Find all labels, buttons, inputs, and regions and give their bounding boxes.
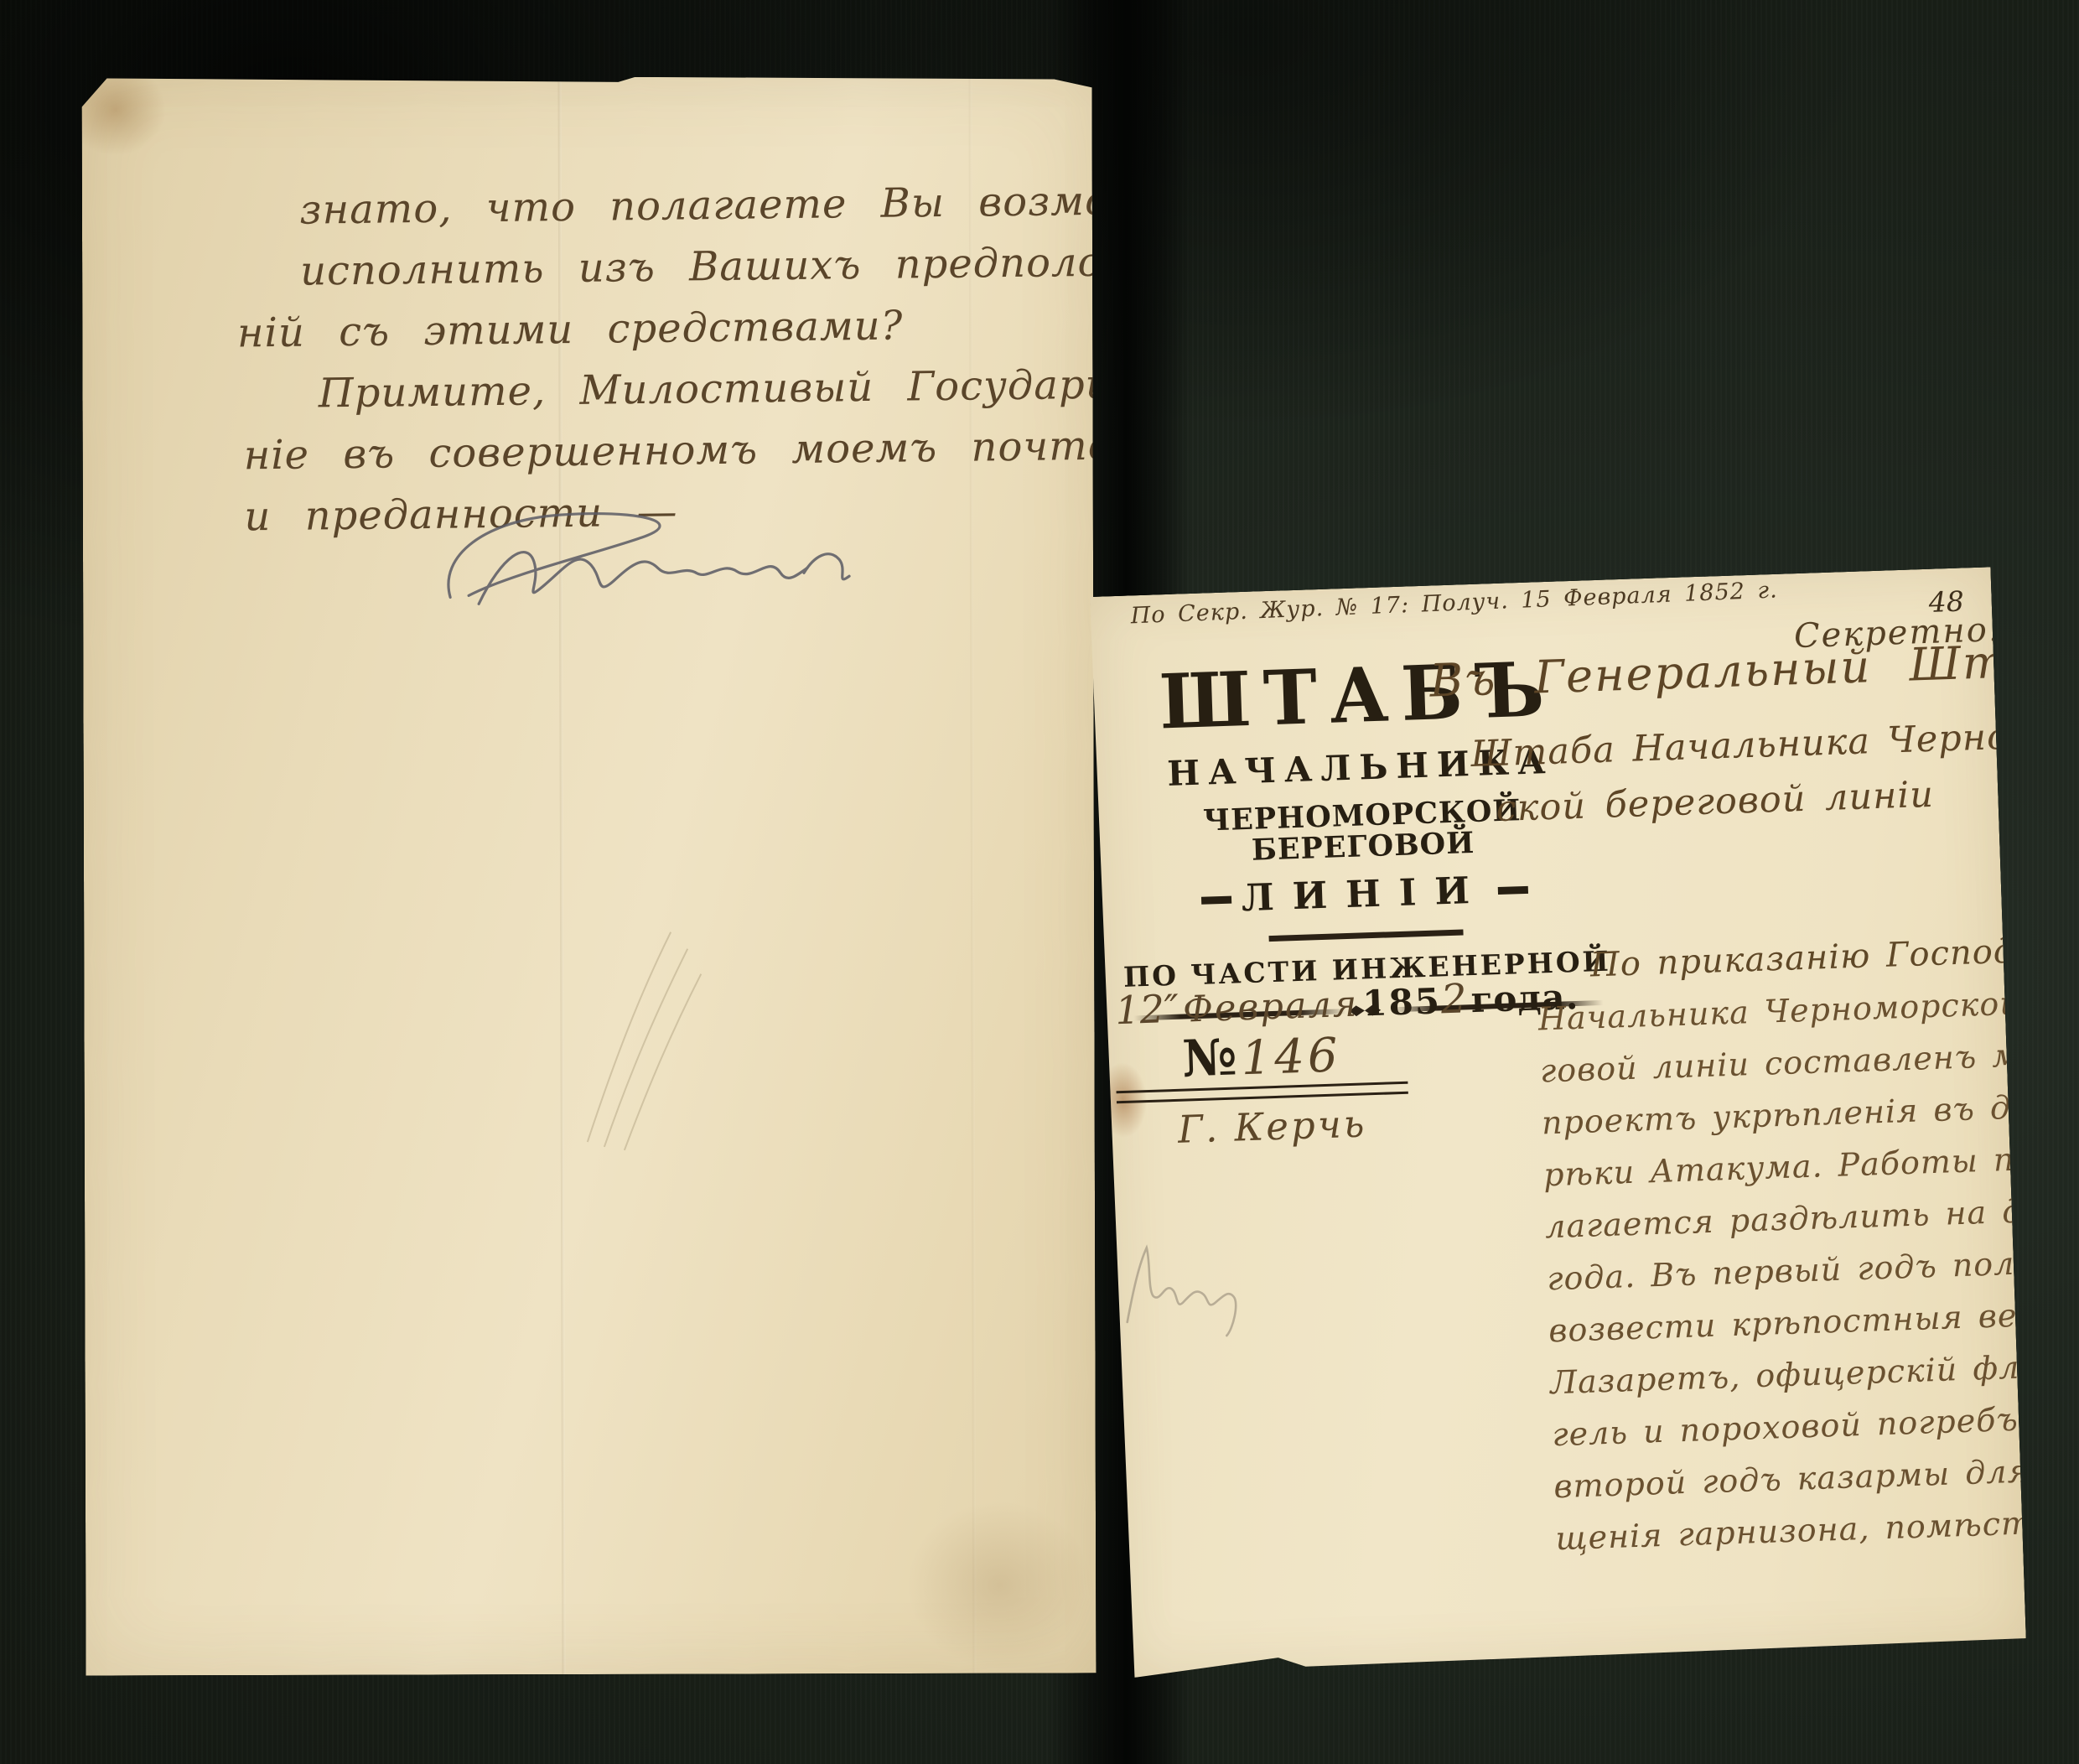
signature-flourish <box>435 495 871 622</box>
date-year-digit-handwritten: 2 <box>1440 975 1467 1023</box>
date-year-printed: 185 <box>1362 980 1442 1024</box>
handwritten-line: исполнить изъ Вашихъ предположе- <box>236 232 1084 303</box>
left-page-handwritten-text: знато, что полагаете Вы возможнымъ испол… <box>236 171 1086 547</box>
letter-body-handwritten: По приказанію Господина Начальника Черно… <box>1536 926 2025 1564</box>
document-number-line: № 146 <box>1181 1025 1341 1088</box>
pencil-marginal-note <box>1113 1237 1259 1343</box>
left-manuscript-page: знато, что полагаете Вы возможнымъ испол… <box>82 75 1097 1675</box>
handwritten-line: ніе въ совершенномъ моемъ почтеніи <box>238 416 1086 486</box>
handwritten-line: ній съ этими средствами? <box>237 293 1085 364</box>
handwritten-line: знато, что полагаете Вы возможнымъ <box>236 171 1083 241</box>
ornamental-dash <box>1498 885 1528 894</box>
address-line: Въ Генеральный Штабъ <box>1428 632 2079 707</box>
date-day-handwritten: 12″ <box>1114 986 1179 1033</box>
scanned-archival-document: знато, что полагаете Вы возможнымъ испол… <box>0 0 2079 1764</box>
letterhead-title-linii: ЛИНІИ <box>1111 867 1618 922</box>
letterhead-linii-text: ЛИНІИ <box>1241 871 1489 918</box>
date-month-handwritten: Февраля <box>1182 983 1359 1031</box>
right-letter-page: По Секр. Жур. № 17: Получ. 15 Февраля 18… <box>1090 567 2026 1678</box>
handwritten-line: Примите, Милостивый Государь, увѣре- <box>237 355 1085 425</box>
numero-sign: № <box>1181 1029 1238 1089</box>
paper-scratch-marks <box>537 924 722 1160</box>
document-number-handwritten: 146 <box>1241 1028 1342 1086</box>
place-line: Г. Керчь <box>1177 1101 1367 1151</box>
ornamental-dash <box>1201 895 1231 904</box>
letterhead-rule <box>1269 929 1464 942</box>
paper-stain <box>907 1501 1092 1669</box>
